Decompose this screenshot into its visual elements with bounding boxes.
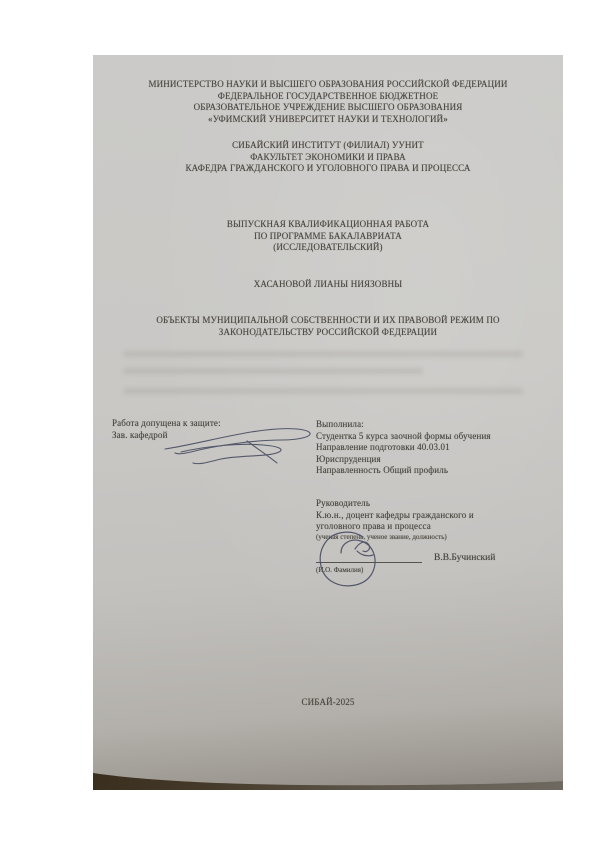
approval-line: Работа допущена к защите: bbox=[112, 418, 221, 430]
ministry-line: МИНИСТЕРСТВО НАУКИ И ВЫСШЕГО ОБРАЗОВАНИЯ… bbox=[93, 79, 563, 91]
thesis-title: ОБЪЕКТЫ МУНИЦИПАЛЬНОЙ СОБСТВЕННОСТИ И ИХ… bbox=[93, 315, 563, 338]
bleedthrough-streak bbox=[123, 351, 523, 357]
faculty-name: ФАКУЛЬТЕТ ЭКОНОМИКИ И ПРАВА bbox=[93, 152, 563, 164]
performer-label: Выполнила: bbox=[316, 419, 491, 431]
performer-line-3: Юриспруденция bbox=[316, 454, 491, 466]
supervisor-label: Руководитель bbox=[316, 498, 474, 510]
bleedthrough-streak bbox=[123, 368, 423, 374]
supervisor-name: В.В.Бучинский bbox=[434, 553, 495, 563]
performer-line-2: Направление подготовки 40.03.01 bbox=[316, 442, 491, 454]
institution-line-2: ОБРАЗОВАТЕЛЬНОЕ УЧРЕЖДЕНИЕ ВЫСШЕГО ОБРАЗ… bbox=[93, 102, 563, 114]
supervisor-degree-note: (ученая степень, ученое звание, должност… bbox=[316, 533, 474, 542]
institute-name: СИБАЙСКИЙ ИНСТИТУТ (ФИЛИАЛ) УУНИТ bbox=[93, 140, 563, 152]
bleedthrough-streak bbox=[123, 388, 523, 394]
supervisor-name-note: (И.О. Фамилия) bbox=[316, 566, 363, 575]
work-type-line-3: (ИССЛЕДОВАТЕЛЬСКИЙ) bbox=[93, 242, 563, 254]
university-name: «УФИМСКИЙ УНИВЕРСИТЕТ НАУКИ И ТЕХНОЛОГИЙ… bbox=[93, 114, 563, 126]
supervisor-block: Руководитель К.ю.н., доцент кафедры граж… bbox=[316, 498, 474, 542]
supervisor-line-2: уголовного права и процесса bbox=[316, 521, 474, 533]
institute-block: СИБАЙСКИЙ ИНСТИТУТ (ФИЛИАЛ) УУНИТ ФАКУЛЬ… bbox=[93, 140, 563, 175]
institution-line-1: ФЕДЕРАЛЬНОЕ ГОСУДАРСТВЕННОЕ БЮДЖЕТНОЕ bbox=[93, 91, 563, 103]
signature-line bbox=[316, 562, 422, 563]
supervisor-line-1: К.ю.н., доцент кафедры гражданского и bbox=[316, 510, 474, 522]
supervisor-signature-row: В.В.Бучинский bbox=[316, 553, 546, 567]
performer-block: Выполнила: Студентка 5 курса заочной фор… bbox=[316, 419, 491, 477]
thesis-title-line-1: ОБЪЕКТЫ МУНИЦИПАЛЬНОЙ СОБСТВЕННОСТИ И ИХ… bbox=[93, 315, 563, 327]
table-edge-shadow bbox=[93, 766, 563, 790]
ministry-header: МИНИСТЕРСТВО НАУКИ И ВЫСШЕГО ОБРАЗОВАНИЯ… bbox=[93, 79, 563, 125]
department-head-label: Зав. кафедрой bbox=[112, 430, 221, 442]
performer-line-4: Направленность Общий профиль bbox=[316, 465, 491, 477]
work-type-line-2: ПО ПРОГРАММЕ БАКАЛАВРИАТА bbox=[93, 231, 563, 243]
performer-line-1: Студентка 5 курса заочной формы обучения bbox=[316, 431, 491, 443]
approval-block: Работа допущена к защите: Зав. кафедрой bbox=[112, 418, 221, 441]
department-name: КАФЕДРА ГРАЖДАНСКОГО И УГОЛОВНОГО ПРАВА … bbox=[93, 163, 563, 175]
work-type-line-1: ВЫПУСКНАЯ КВАЛИФИКАЦИОННАЯ РАБОТА bbox=[93, 219, 563, 231]
work-type-block: ВЫПУСКНАЯ КВАЛИФИКАЦИОННАЯ РАБОТА ПО ПРО… bbox=[93, 219, 563, 254]
scanned-title-page: МИНИСТЕРСТВО НАУКИ И ВЫСШЕГО ОБРАЗОВАНИЯ… bbox=[93, 55, 563, 790]
city-year: СИБАЙ-2025 bbox=[93, 697, 563, 709]
author-name: ХАСАНОВОЙ ЛИАНЫ НИЯЗОВНЫ bbox=[93, 279, 563, 291]
thesis-title-line-2: ЗАКОНОДАТЕЛЬСТВУ РОССИЙСКОЙ ФЕДЕРАЦИИ bbox=[93, 327, 563, 339]
